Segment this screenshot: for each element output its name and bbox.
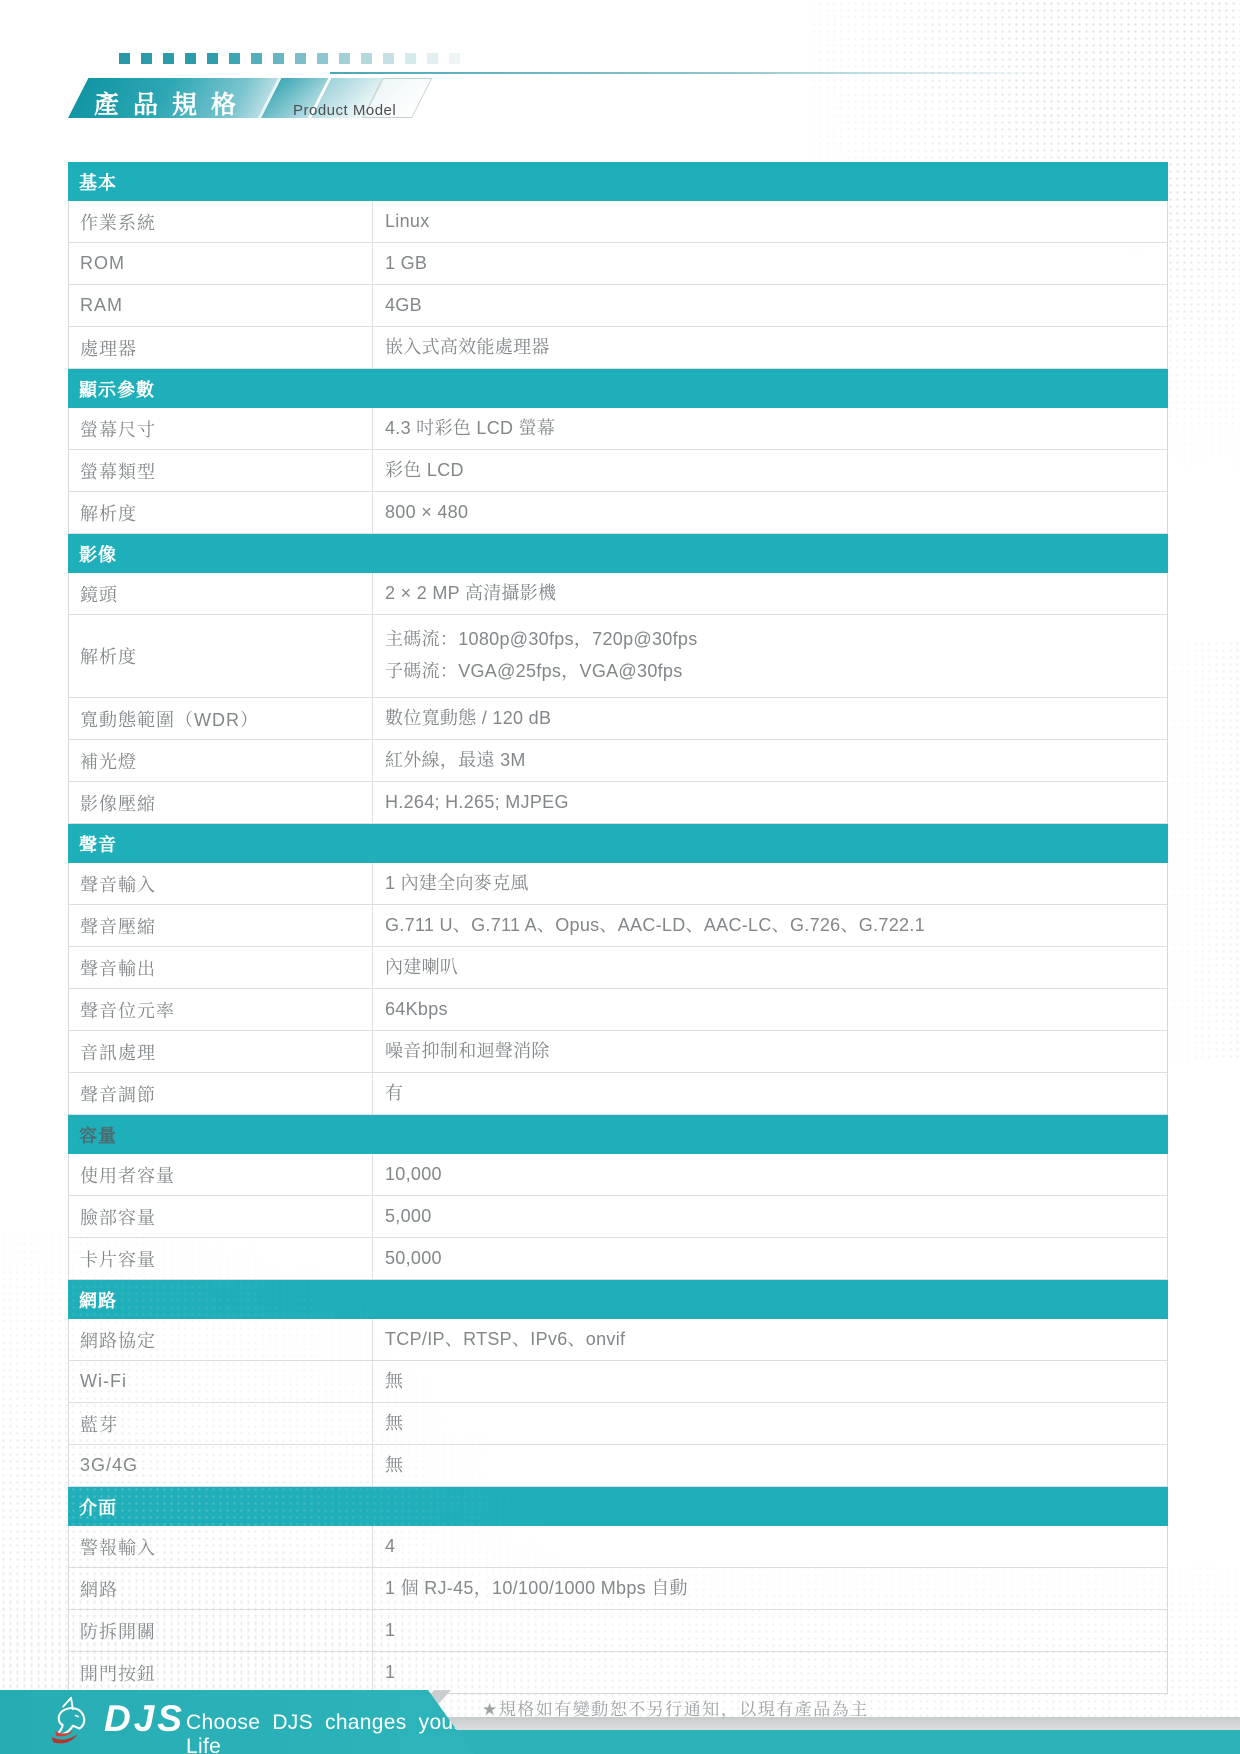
page-subtitle: Product Model [293, 102, 396, 119]
spec-row: 卡片容量50,000 [69, 1238, 1167, 1280]
section-header: 聲音 [68, 824, 1168, 863]
spec-value-line: 嵌入式高效能處理器 [385, 337, 1167, 359]
deco-square [185, 53, 196, 64]
deco-square [163, 53, 174, 64]
spec-row: 寬動態範圍（WDR）數位寬動態 / 120 dB [69, 698, 1167, 740]
spec-row: 藍芽無 [69, 1403, 1167, 1445]
spec-value-line: 無 [385, 1371, 1167, 1393]
spec-row: 聲音調節有 [69, 1073, 1167, 1115]
spec-value: 數位寬動態 / 120 dB [373, 698, 1167, 739]
spec-value: 1 [373, 1610, 1167, 1651]
spec-label: 警報輸入 [69, 1526, 373, 1567]
spec-label: 聲音調節 [69, 1073, 373, 1114]
spec-row: 鏡頭2 × 2 MP 高清攝影機 [69, 573, 1167, 615]
section-title: 聲音 [79, 831, 117, 857]
spec-sheet-page: { "colors": { "accent_teal": "#1fafba", … [0, 0, 1240, 1754]
footer: DJS Choose DJS changes your Life ★規格如有變動… [0, 1690, 1240, 1754]
spec-label: 使用者容量 [69, 1154, 373, 1195]
spec-value-line: 子碼流：VGA@25fps，VGA@30fps [385, 661, 1167, 683]
spec-label: 卡片容量 [69, 1238, 373, 1279]
spec-row: 網路協定TCP/IP、RTSP、IPv6、onvif [69, 1319, 1167, 1361]
spec-value-line: 5,000 [385, 1206, 1167, 1228]
spec-row: 作業系統Linux [69, 201, 1167, 243]
spec-value-line: 數位寬動態 / 120 dB [385, 708, 1167, 730]
brand-logotype: DJS [104, 1698, 185, 1740]
spec-value: TCP/IP、RTSP、IPv6、onvif [373, 1319, 1167, 1360]
spec-value-line: TCP/IP、RTSP、IPv6、onvif [385, 1329, 1167, 1351]
deco-square [251, 53, 262, 64]
deco-square [383, 53, 394, 64]
spec-row: 使用者容量10,000 [69, 1154, 1167, 1196]
deco-square [317, 53, 328, 64]
spec-value-line: 50,000 [385, 1248, 1167, 1270]
spec-value-line: 噪音抑制和迴聲消除 [385, 1041, 1167, 1063]
spec-value: 紅外線，最遠 3M [373, 740, 1167, 781]
spec-row: 網路1 個 RJ-45，10/100/1000 Mbps 自動 [69, 1568, 1167, 1610]
spec-value: 無 [373, 1445, 1167, 1486]
spec-label: 解析度 [69, 615, 373, 697]
brand-slogan: Choose DJS changes your Life [186, 1711, 480, 1754]
spec-value-line: 1 [385, 1620, 1167, 1642]
spec-row: 聲音壓縮G.711 U、G.711 A、Opus、AAC-LD、AAC-LC、G… [69, 905, 1167, 947]
spec-value-line: 彩色 LCD [385, 460, 1167, 482]
spec-row: 防拆開關1 [69, 1610, 1167, 1652]
spec-value-line: 紅外線，最遠 3M [385, 750, 1167, 772]
deco-square [207, 53, 218, 64]
spec-row: ROM1 GB [69, 243, 1167, 285]
spec-value: 2 × 2 MP 高清攝影機 [373, 573, 1167, 614]
spec-label: 臉部容量 [69, 1196, 373, 1237]
deco-square [273, 53, 284, 64]
spec-label: 寬動態範圍（WDR） [69, 698, 373, 739]
spec-value: 64Kbps [373, 989, 1167, 1030]
spec-row: 補光燈紅外線，最遠 3M [69, 740, 1167, 782]
spec-label: 補光燈 [69, 740, 373, 781]
spec-row: 解析度主碼流：1080p@30fps，720p@30fps子碼流：VGA@25f… [69, 615, 1167, 698]
deco-square [339, 53, 350, 64]
spec-value: 50,000 [373, 1238, 1167, 1279]
spec-value-line: 4.3 吋彩色 LCD 螢幕 [385, 418, 1167, 440]
spec-value-line: 10,000 [385, 1164, 1167, 1186]
deco-square [229, 53, 240, 64]
section-title: 容量 [79, 1122, 117, 1148]
spec-row: 聲音位元率64Kbps [69, 989, 1167, 1031]
spec-label: 網路協定 [69, 1319, 373, 1360]
spec-value: 800 × 480 [373, 492, 1167, 533]
deco-square [361, 53, 372, 64]
spec-value: 無 [373, 1361, 1167, 1402]
squares-strip [119, 53, 460, 64]
footer-brand-band: DJS Choose DJS changes your Life [0, 1690, 480, 1754]
spec-value: 4.3 吋彩色 LCD 螢幕 [373, 408, 1167, 449]
spec-label: 音訊處理 [69, 1031, 373, 1072]
deco-square [119, 53, 130, 64]
spec-value: 內建喇叭 [373, 947, 1167, 988]
section-title: 網路 [79, 1287, 117, 1313]
section-header: 基本 [68, 162, 1168, 201]
spec-label: 處理器 [69, 327, 373, 368]
header-rule-line [330, 72, 1052, 74]
spec-value-line: 4 [385, 1536, 1167, 1558]
spec-value: 4 [373, 1526, 1167, 1567]
spec-value: 彩色 LCD [373, 450, 1167, 491]
spec-value: 嵌入式高效能處理器 [373, 327, 1167, 368]
spec-value-line: 內建喇叭 [385, 957, 1167, 979]
spec-label: 3G/4G [69, 1445, 373, 1486]
section-title: 基本 [79, 169, 117, 195]
spec-value-line: Linux [385, 211, 1167, 233]
spec-row: 3G/4G無 [69, 1445, 1167, 1487]
spec-label: 影像壓縮 [69, 782, 373, 823]
section-header: 網路 [68, 1280, 1168, 1319]
deco-square [405, 53, 416, 64]
spec-label: 鏡頭 [69, 573, 373, 614]
spec-value: H.264; H.265; MJPEG [373, 782, 1167, 823]
djs-unicorn-logo [44, 1694, 100, 1750]
section-header: 影像 [68, 534, 1168, 573]
spec-value: 1 [373, 1652, 1167, 1693]
section-header: 顯示參數 [68, 369, 1168, 408]
spec-label: 聲音輸入 [69, 863, 373, 904]
spec-value-line: G.711 U、G.711 A、Opus、AAC-LD、AAC-LC、G.726… [385, 915, 1167, 937]
spec-value: 1 內建全向麥克風 [373, 863, 1167, 904]
spec-row: 處理器嵌入式高效能處理器 [69, 327, 1167, 369]
deco-square [449, 53, 460, 64]
spec-value-line: 有 [385, 1083, 1167, 1105]
spec-value: G.711 U、G.711 A、Opus、AAC-LD、AAC-LC、G.726… [373, 905, 1167, 946]
section-header: 容量 [68, 1115, 1168, 1154]
section-title: 影像 [79, 541, 117, 567]
spec-label: ROM [69, 243, 373, 284]
spec-label: 解析度 [69, 492, 373, 533]
spec-label: 藍芽 [69, 1403, 373, 1444]
spec-row: 臉部容量5,000 [69, 1196, 1167, 1238]
section-title: 顯示參數 [79, 376, 155, 402]
spec-label: 聲音位元率 [69, 989, 373, 1030]
spec-value: 1 GB [373, 243, 1167, 284]
spec-label: 作業系統 [69, 201, 373, 242]
spec-row: 音訊處理噪音抑制和迴聲消除 [69, 1031, 1167, 1073]
spec-label: 螢幕尺寸 [69, 408, 373, 449]
spec-row: 開門按鈕1 [69, 1652, 1167, 1693]
spec-value: 5,000 [373, 1196, 1167, 1237]
spec-value-line: 無 [385, 1455, 1167, 1477]
page-title: 產品規格 [94, 85, 250, 121]
spec-value-line: 800 × 480 [385, 502, 1167, 524]
spec-value-line: 1 [385, 1662, 1167, 1684]
spec-row: 影像壓縮H.264; H.265; MJPEG [69, 782, 1167, 824]
spec-label: 螢幕類型 [69, 450, 373, 491]
spec-row: Wi-Fi無 [69, 1361, 1167, 1403]
spec-label: RAM [69, 285, 373, 326]
spec-value: 10,000 [373, 1154, 1167, 1195]
spec-value-line: 2 × 2 MP 高清攝影機 [385, 583, 1167, 605]
spec-row: 聲音輸入1 內建全向麥克風 [69, 863, 1167, 905]
spec-value: 無 [373, 1403, 1167, 1444]
spec-row: 解析度800 × 480 [69, 492, 1167, 534]
deco-square [141, 53, 152, 64]
spec-row: 螢幕尺寸4.3 吋彩色 LCD 螢幕 [69, 408, 1167, 450]
spec-row: RAM4GB [69, 285, 1167, 327]
spec-label: 聲音輸出 [69, 947, 373, 988]
spec-value: 噪音抑制和迴聲消除 [373, 1031, 1167, 1072]
spec-label: Wi-Fi [69, 1361, 373, 1402]
spec-value-line: 1 GB [385, 253, 1167, 275]
spec-value-line: 無 [385, 1413, 1167, 1435]
spec-table: 基本作業系統LinuxROM1 GBRAM4GB處理器嵌入式高效能處理器顯示參數… [68, 162, 1168, 1694]
spec-value: 主碼流：1080p@30fps，720p@30fps子碼流：VGA@25fps，… [373, 615, 1167, 697]
spec-disclaimer: ★規格如有變動恕不另行通知，以現有產品為主 [482, 1695, 869, 1720]
spec-row: 聲音輸出內建喇叭 [69, 947, 1167, 989]
spec-value-line: 1 個 RJ-45，10/100/1000 Mbps 自動 [385, 1578, 1167, 1600]
spec-label: 開門按鈕 [69, 1652, 373, 1693]
deco-square [295, 53, 306, 64]
spec-row: 警報輸入4 [69, 1526, 1167, 1568]
spec-label: 網路 [69, 1568, 373, 1609]
spec-value: 4GB [373, 285, 1167, 326]
section-header: 介面 [68, 1487, 1168, 1526]
spec-label: 聲音壓縮 [69, 905, 373, 946]
spec-value-line: 64Kbps [385, 999, 1167, 1021]
deco-square [427, 53, 438, 64]
spec-label: 防拆開關 [69, 1610, 373, 1651]
spec-value-line: 1 內建全向麥克風 [385, 873, 1167, 895]
spec-value: 有 [373, 1073, 1167, 1114]
spec-value-line: 4GB [385, 295, 1167, 317]
spec-row: 螢幕類型彩色 LCD [69, 450, 1167, 492]
spec-value: 1 個 RJ-45，10/100/1000 Mbps 自動 [373, 1568, 1167, 1609]
spec-value-line: H.264; H.265; MJPEG [385, 792, 1167, 814]
footer-teal-strip [440, 1730, 1240, 1754]
spec-value: Linux [373, 201, 1167, 242]
section-title: 介面 [79, 1494, 117, 1520]
spec-value-line: 主碼流：1080p@30fps，720p@30fps [385, 629, 1167, 651]
